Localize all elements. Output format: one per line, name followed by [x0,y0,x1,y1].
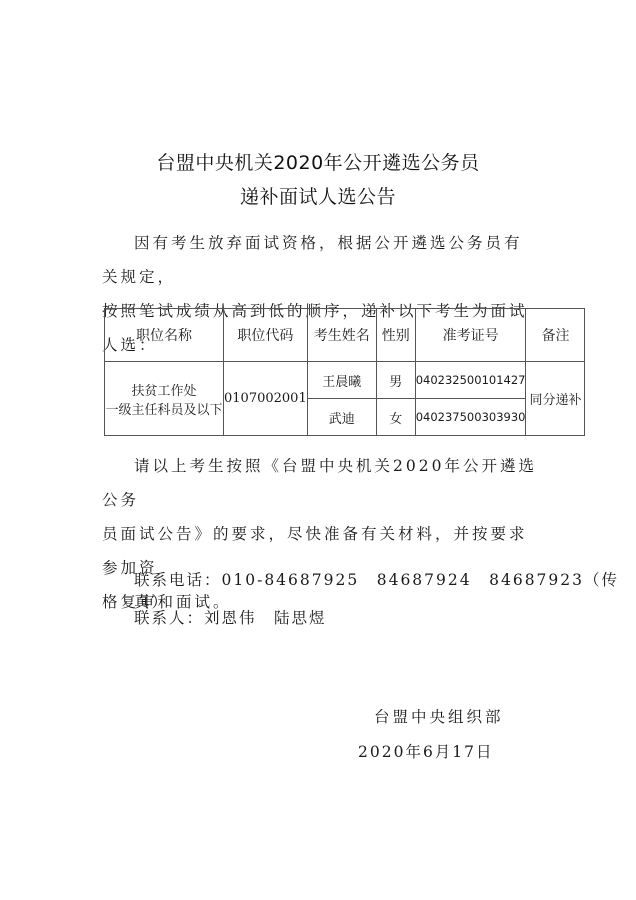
remark-cell: 同分递补 [526,362,585,436]
candidate-exam-id-cell: 040232500101427 [415,362,526,399]
issuer-name: 台盟中央组织部 [374,705,504,727]
contact-person: 联系人：刘恩伟 陆思煜 [134,606,327,628]
candidate-name-cell: 武迪 [307,399,376,436]
position-name-line-1: 扶贫工作处 [105,380,223,399]
position-name-line-2: 一级主任科员及以下 [105,399,223,418]
header-exam-id: 准考证号 [415,309,526,362]
candidate-table: 职位名称 职位代码 考生姓名 性别 准考证号 备注 扶贫工作处 一级主任科员及以… [104,308,585,436]
position-code-cell: 0107002001 [224,362,308,436]
candidate-gender-cell: 男 [376,362,415,399]
candidate-name-cell: 王晨曦 [307,362,376,399]
header-position-code: 职位代码 [224,309,308,362]
header-candidate-name: 考生姓名 [307,309,376,362]
header-position-name: 职位名称 [105,309,224,362]
position-name-cell: 扶贫工作处 一级主任科员及以下 [105,362,224,436]
candidate-exam-id-cell: 040237500303930 [415,399,526,436]
page-title-line-2: 递补面试人选公告 [0,182,636,209]
header-gender: 性别 [376,309,415,362]
header-remark: 备注 [526,309,585,362]
page-title-line-1: 台盟中央机关2020年公开遴选公务员 [0,148,636,175]
notice-line-1: 请以上考生按照《台盟中央机关2020年公开遴选公务 [102,449,540,517]
table-header-row: 职位名称 职位代码 考生姓名 性别 准考证号 备注 [105,309,585,362]
intro-line-1: 因有考生放弃面试资格，根据公开遴选公务员有关规定， [102,226,540,294]
candidate-gender-cell: 女 [376,399,415,436]
table-row: 扶贫工作处 一级主任科员及以下 0107002001 王晨曦 男 0402325… [105,362,585,399]
issue-date: 2020年6月17日 [358,740,494,762]
